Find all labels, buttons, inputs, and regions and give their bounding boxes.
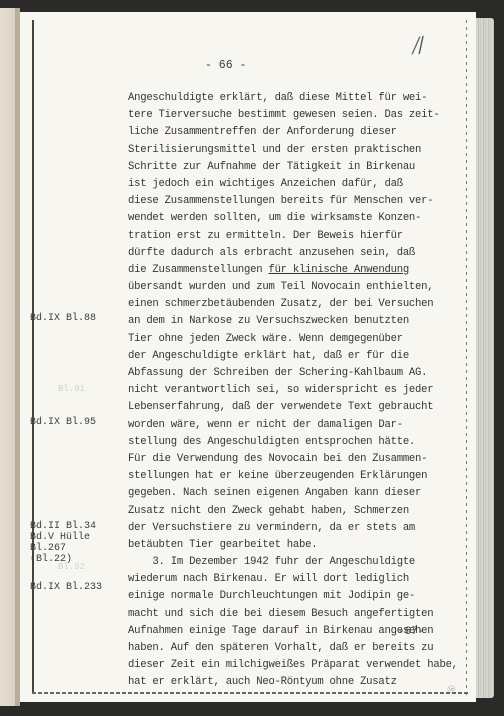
archive-stamp: Ⓢ bbox=[446, 685, 458, 695]
text-line: die Zusammenstellungen für klinische Anw… bbox=[128, 262, 458, 279]
margin-reference: Bd.IX Bl.88 bbox=[30, 313, 120, 324]
text-line: worden wäre, wenn er nicht der damaligen… bbox=[128, 417, 458, 434]
text-line: Angeschuldigte erklärt, daß diese Mittel… bbox=[128, 90, 458, 107]
margin-reference: Bd.IX Bl.233 bbox=[30, 582, 120, 593]
text-line: wendet werden sollten, um die wirksamste… bbox=[128, 210, 458, 227]
text-line: Sterilisierungsmittel und der ersten pra… bbox=[128, 142, 458, 159]
text-line: tere Tierversuche bestimmt gewesen seien… bbox=[128, 107, 458, 124]
text-line: haben. Auf den späteren Vorhalt, daß er … bbox=[128, 640, 458, 657]
margin-reference: Bd.IX Bl.95 bbox=[30, 417, 120, 428]
handwritten-initials: ⁄/ bbox=[411, 27, 450, 73]
text-line: Schritte zur Aufnahme der Tätigkeit in B… bbox=[128, 159, 458, 176]
text-line: an dem in Narkose zu Versuchszwecken ben… bbox=[128, 313, 458, 330]
text-line: macht und sich die bei diesem Besuch ang… bbox=[128, 606, 458, 623]
text-line: diese Zusammenstellungen bereits für Men… bbox=[128, 193, 458, 210]
text-line: der Angeschuldigte erklärt hat, daß er f… bbox=[128, 348, 458, 365]
right-rule bbox=[466, 20, 467, 695]
underlined-phrase: für klinische Anwendung bbox=[268, 264, 408, 276]
faint-margin-reference: Bl.92 bbox=[58, 562, 85, 572]
text-line: Abfassung der Schreiben der Schering-Kah… bbox=[128, 365, 458, 382]
text-line: übersandt wurden und zum Teil Novocain e… bbox=[128, 279, 458, 296]
text-line: nicht verantwortlich sei, so widersprich… bbox=[128, 382, 458, 399]
page-number: - 66 - bbox=[205, 59, 246, 72]
text-line: betäubten Tier gearbeitet habe. bbox=[128, 537, 458, 554]
text-line: stellungen hat er keine überzeugenden Er… bbox=[128, 468, 458, 485]
faint-margin-reference: Bl.91 bbox=[58, 384, 85, 394]
text-line: hat er erklärt, auch Neo-Röntyum ohne Zu… bbox=[128, 674, 458, 691]
text-line: stellung des Angeschuldigten entsprochen… bbox=[128, 434, 458, 451]
text-line: Tier ohne jeden Zweck wäre. Wenn demgege… bbox=[128, 331, 458, 348]
bottom-rule bbox=[32, 692, 468, 694]
body-text: Angeschuldigte erklärt, daß diese Mittel… bbox=[128, 90, 458, 692]
text-line: Für die Verwendung des Novocain bei den … bbox=[128, 451, 458, 468]
text-line: tration erst zu ermitteln. Der Beweis hi… bbox=[128, 228, 458, 245]
text-line: 3. Im Dezember 1942 fuhr der Angeschuldi… bbox=[128, 554, 458, 571]
text-line: dürfte dadurch als erbracht anzusehen se… bbox=[128, 245, 458, 262]
text-line: liche Zusammentreffen der Anforderung di… bbox=[128, 124, 458, 141]
text-line: einige normale Durchleuchtungen mit Jodi… bbox=[128, 588, 458, 605]
next-page-marker: -67- bbox=[398, 626, 424, 638]
text-line: der Versuchstiere zu vermindern, da er s… bbox=[128, 520, 458, 537]
document-page: ⁄/ - 66 - Angeschuldigte erklärt, daß di… bbox=[20, 12, 476, 702]
text-line: gegeben. Nach seinen eigenen Angaben kan… bbox=[128, 485, 458, 502]
text-line: wiederum nach Birkenau. Er will dort led… bbox=[128, 571, 458, 588]
right-page-stack bbox=[474, 18, 494, 698]
text-line: Zusatz nicht den Zweck gehabt haben, Sch… bbox=[128, 503, 458, 520]
text-line: ist jedoch ein wichtiges Anzeichen dafür… bbox=[128, 176, 458, 193]
text-line: einen schmerzbetäubenden Zusatz, der bei… bbox=[128, 296, 458, 313]
text-line: dieser Zeit ein milchigweißes Präparat v… bbox=[128, 657, 458, 674]
margin-reference: Bd.II Bl.34 Bd.V Hülle Bl.267 (Bl.22) bbox=[30, 521, 120, 565]
text-line: Lebenserfahrung, daß der verwendete Text… bbox=[128, 399, 458, 416]
